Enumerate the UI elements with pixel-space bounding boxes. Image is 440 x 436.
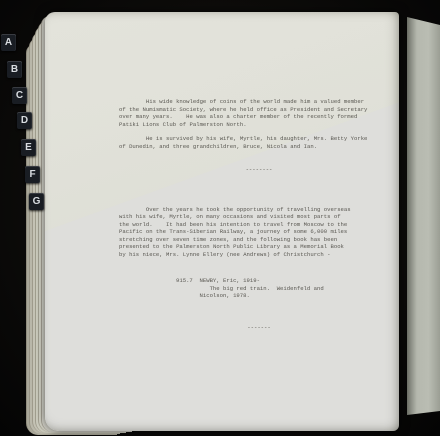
tab-letter: C: [16, 91, 23, 101]
paragraph-survived-by: He is survived by his wife, Myrtle, his …: [119, 135, 399, 150]
index-tab-a: A: [1, 34, 16, 51]
index-tab-b: B: [7, 61, 22, 78]
tab-letter: A: [5, 38, 12, 48]
index-tab-d: D: [17, 112, 32, 129]
tab-letter: E: [25, 143, 32, 153]
separator-dashes-2: -------: [119, 324, 399, 332]
facing-page-edge: [407, 17, 440, 415]
paragraph-numismatic-society: His wide knowledge of coins of the world…: [119, 98, 399, 128]
tab-letter: G: [33, 197, 41, 207]
separator-dashes-1: --------: [119, 166, 399, 174]
tab-letter: B: [11, 65, 18, 75]
photo-backdrop: His wide knowledge of coins of the world…: [0, 0, 440, 436]
index-tab-e: E: [21, 139, 36, 156]
paragraph-travelling-overseas: Over the years he took the opportunity o…: [119, 206, 399, 259]
catalog-entry: 915.7 NEWBY, Eric, 1919- The big red tra…: [176, 277, 399, 300]
index-tab-g: G: [29, 193, 44, 210]
index-tab-f: F: [25, 166, 40, 183]
index-tab-c: C: [12, 87, 27, 104]
main-page: His wide knowledge of coins of the world…: [45, 12, 399, 431]
tab-letter: F: [29, 170, 35, 180]
typewritten-text: His wide knowledge of coins of the world…: [119, 98, 399, 331]
tab-letter: D: [21, 116, 28, 126]
